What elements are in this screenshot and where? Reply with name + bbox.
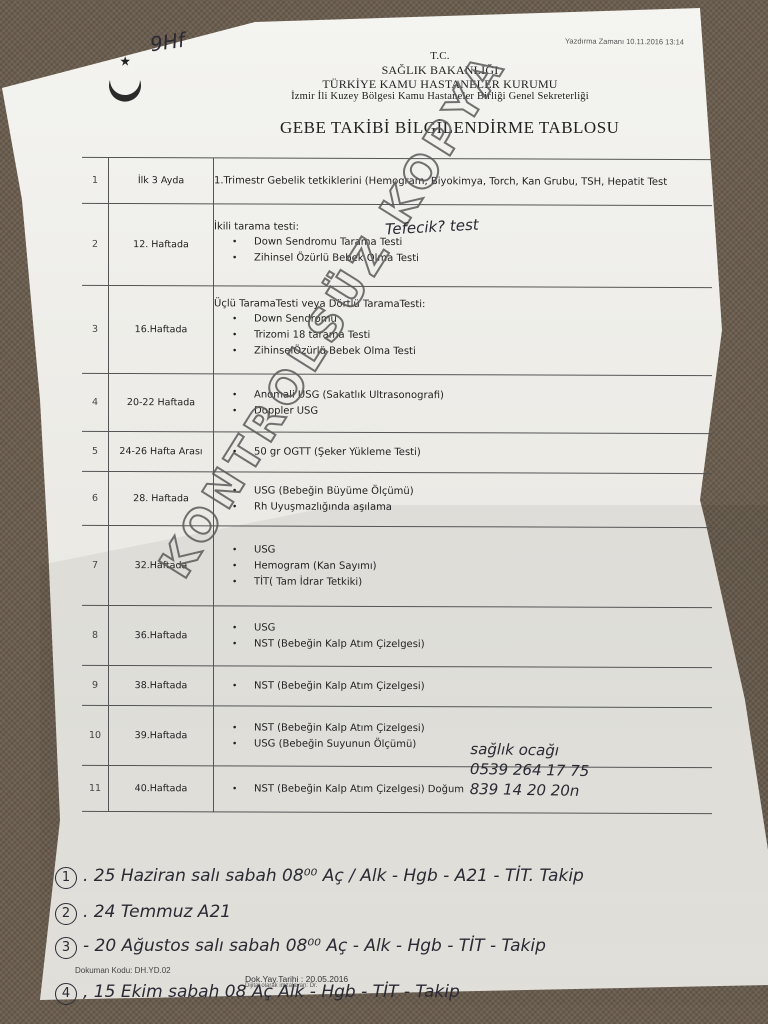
appointment-note-1: 1. 25 Haziran salı sabah 08⁰⁰ Aç / Alk -… [55, 866, 584, 889]
table-row: 10 39.Haftada NST (Bebeğin Kalp Atım Çiz… [82, 705, 712, 767]
test-item: Hemogram (Kan Sayımı) [254, 558, 712, 576]
test-item: Rh Uyuşmazlığında aşılama [254, 499, 712, 517]
contact-line: 839 14 20 20n [469, 779, 589, 801]
test-item: NST (Bebeğin Kalp Atım Çizelgesi) [254, 636, 712, 654]
test-list: NST (Bebeğin Kalp Atım Çizelgesi)USG (Be… [214, 720, 712, 754]
row-timing: 39.Haftada [109, 705, 214, 765]
table-row: 11 40.Haftada NST (Bebeğin Kalp Atım Çiz… [82, 765, 712, 813]
test-item: 50 gr OGTT (Şeker Yükleme Testi) [254, 444, 712, 462]
row-timing: 24-26 Hafta Arası [109, 431, 214, 471]
row-tests: NST (Bebeğin Kalp Atım Çizelgesi) Doğum [214, 766, 713, 814]
handwritten-contact: sağlık ocağı 0539 264 17 75 839 14 20 20… [469, 739, 589, 801]
test-list: NST (Bebeğin Kalp Atım Çizelgesi) [214, 678, 712, 696]
row-intro: 1.Trimestr Gebelik tetkiklerini (Hemogra… [214, 175, 712, 188]
test-item: Doppler USG [254, 403, 712, 421]
contact-line: 0539 264 17 75 [470, 759, 590, 781]
test-item: USG (Bebeğin Büyüme Ölçümü) [254, 483, 712, 501]
test-list: USGNST (Bebeğin Kalp Atım Çizelgesi) [214, 620, 712, 654]
test-item: NST (Bebeğin Kalp Atım Çizelgesi) [254, 720, 712, 738]
document-code: Dokuman Kodu: DH.YD.02 [75, 966, 171, 975]
header-tc: T.C. [250, 50, 630, 62]
row-tests: USG (Bebeğin Büyüme Ölçümü)Rh Uyuşmazlığ… [214, 472, 713, 528]
table-row: 9 38.Haftada NST (Bebeğin Kalp Atım Çize… [82, 665, 712, 707]
test-item: NST (Bebeğin Kalp Atım Çizelgesi) [254, 678, 712, 696]
row-number: 6 [82, 471, 109, 525]
print-time: Yazdırma Zamanı 10.11.2016 13:14 [565, 36, 684, 46]
row-number: 5 [82, 431, 109, 471]
test-item: TİT( Tam İdrar Tetkiki) [254, 574, 712, 592]
crescent-star-emblem-icon [100, 55, 150, 115]
appointment-note-2: 2. 24 Temmuz A21 [55, 902, 231, 925]
header-institution: TÜRKİYE KAMU HASTANELER KURUMU [250, 77, 630, 92]
handwritten-mark: 9Hf [148, 28, 186, 57]
row-number: 3 [82, 285, 109, 373]
test-item: Zihinsel Özürlü Bebek Olma Testi [254, 251, 712, 269]
appointment-note-3: 3- 20 Ağustos salı sabah 08⁰⁰ Aç - Alk -… [55, 936, 546, 959]
row-timing: 20-22 Haftada [109, 373, 214, 431]
contact-line: sağlık ocağı [470, 739, 590, 761]
row-timing: 38.Haftada [109, 665, 214, 705]
test-list: NST (Bebeğin Kalp Atım Çizelgesi) Doğum [214, 781, 712, 799]
test-item: USG [254, 620, 712, 638]
row-intro: Üçlü TaramaTesti veya Dörtlü TaramaTesti… [214, 298, 712, 311]
row-timing: 36.Haftada [109, 605, 214, 665]
digital-signature: Dijital olarak imzalayan: Dr. [245, 983, 317, 989]
row-timing: 16.Haftada [109, 285, 214, 373]
row-number: 11 [82, 765, 109, 811]
table-row: 5 24-26 Hafta Arası 50 gr OGTT (Şeker Yü… [82, 431, 712, 473]
row-number: 10 [82, 705, 109, 765]
row-number: 8 [82, 605, 109, 665]
row-number: 1 [82, 157, 109, 203]
row-tests: 1.Trimestr Gebelik tetkiklerini (Hemogra… [214, 158, 713, 206]
row-timing: İlk 3 Ayda [109, 157, 214, 203]
table-row: 8 36.Haftada USGNST (Bebeğin Kalp Atım Ç… [82, 605, 712, 667]
row-number: 9 [82, 665, 109, 705]
test-list: 50 gr OGTT (Şeker Yükleme Testi) [214, 444, 712, 462]
row-number: 4 [82, 373, 109, 431]
row-tests: USGNST (Bebeğin Kalp Atım Çizelgesi) [214, 606, 713, 668]
test-list: USG (Bebeğin Büyüme Ölçümü)Rh Uyuşmazlığ… [214, 483, 712, 517]
row-timing: 12. Haftada [109, 203, 214, 285]
table-row: 3 16.Haftada Üçlü TaramaTesti veya Dörtl… [82, 285, 712, 375]
row-tests: NST (Bebeğin Kalp Atım Çizelgesi)USG (Be… [214, 706, 713, 768]
test-list: Down Sendromu Tarama TestiZihinsel Özürl… [214, 234, 712, 268]
header-ministry: SAĞLIK BAKANLIĞI [250, 63, 630, 78]
table-row: 4 20-22 Haftada Anomali USG (Sakatlık Ul… [82, 373, 712, 433]
row-number: 7 [82, 525, 109, 605]
test-item: Down Sendromu Tarama Testi [254, 235, 712, 253]
test-item: USG [254, 542, 712, 560]
test-item: Anomali USG (Sakatlık Ultrasonografi) [254, 387, 712, 405]
row-tests: NST (Bebeğin Kalp Atım Çizelgesi) [214, 666, 713, 708]
row-tests: USGHemogram (Kan Sayımı)TİT( Tam İdrar T… [214, 526, 713, 608]
row-tests: 50 gr OGTT (Şeker Yükleme Testi) [214, 432, 713, 474]
row-timing: 40.Haftada [109, 765, 214, 811]
test-list: USGHemogram (Kan Sayımı)TİT( Tam İdrar T… [214, 542, 712, 592]
row-number: 2 [82, 203, 109, 285]
